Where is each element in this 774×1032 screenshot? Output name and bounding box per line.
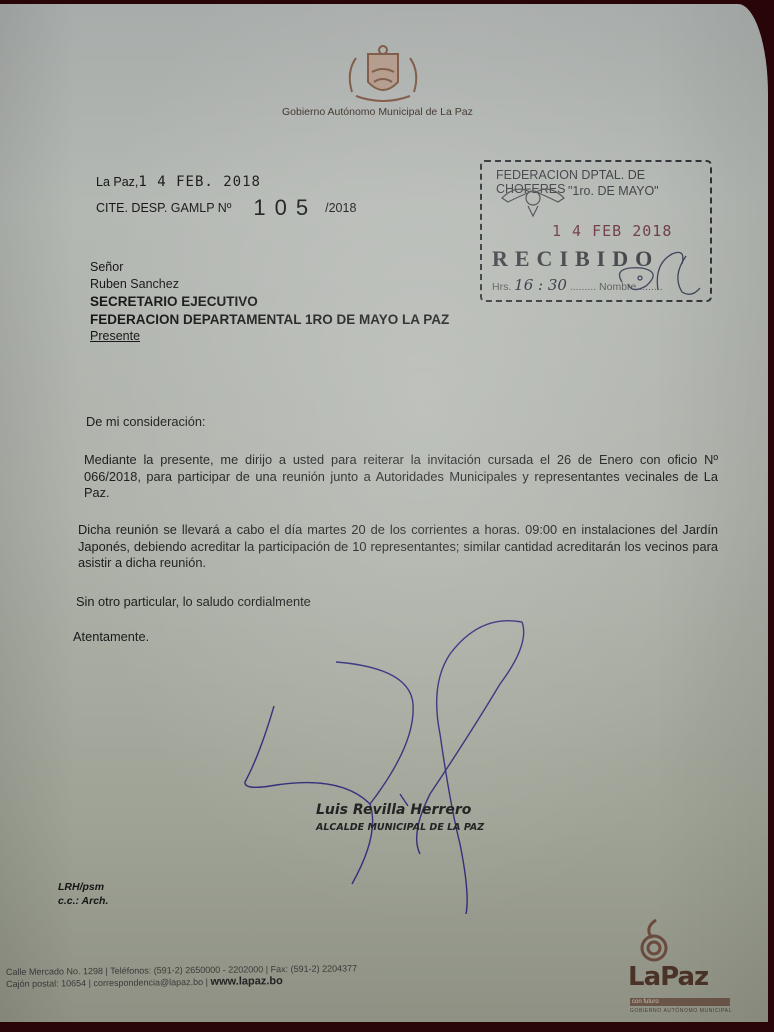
paragraph-2: Dicha reunión se llevará a cabo el día m… — [78, 522, 718, 572]
stamp-date: 1 4 FEB 2018 — [552, 222, 672, 240]
recipient-position: SECRETARIO EJECUTIVO — [90, 294, 258, 309]
date-line: La Paz,1 4 FEB. 2018 — [96, 174, 261, 190]
recipient-presente: Presente — [90, 329, 140, 343]
place: La Paz, — [96, 175, 138, 189]
initials: LRH/psm — [58, 880, 108, 894]
recipient-salutation: Señor — [90, 260, 123, 274]
references: LRH/psm c.c.: Arch. — [58, 880, 108, 908]
cite-year: /2018 — [325, 201, 356, 215]
winged-wheel-icon — [500, 178, 566, 218]
logo-band: con futuro — [630, 998, 730, 1006]
logo-subtitle: GOBIERNO AUTÓNOMO MUNICIPAL — [630, 1008, 732, 1014]
footer-postal: Cajón postal: 10654 | correspondencia@la… — [6, 977, 211, 989]
hours-label: Hrs. — [492, 281, 511, 293]
greeting: De mi consideración: — [86, 414, 728, 431]
signer-title: ALCALDE MUNICIPAL DE LA PAZ — [316, 822, 484, 833]
cite-line: CITE. DESP. GAMLP Nº105/2018 — [96, 192, 356, 218]
handwritten-signature — [230, 594, 550, 914]
hours-value: 16 : 30 — [514, 276, 567, 294]
coat-of-arms-icon — [340, 42, 426, 106]
letter-page: Gobierno Autónomo Municipal de La Paz La… — [0, 4, 768, 1022]
paragraph-1: Mediante la presente, me dirijo a usted … — [84, 452, 718, 502]
recipient-organization: FEDERACION DEPARTAMENTAL 1RO DE MAYO LA … — [90, 312, 449, 327]
logo-wordmark: LaPaz — [628, 962, 708, 992]
receiver-signature — [602, 246, 712, 300]
date-stamp: 1 4 FEB. 2018 — [138, 174, 261, 190]
recipient-name: Ruben Sanchez — [90, 277, 179, 291]
received-stamp: FEDERACION DPTAL. DE CHOFERES "1ro. DE M… — [480, 160, 712, 302]
signer-name: Luis Revilla Herrero — [316, 802, 471, 818]
footer-website: www.lapaz.bo — [210, 975, 282, 988]
cite-label: CITE. DESP. GAMLP Nº — [96, 201, 231, 215]
carbon-copy: c.c.: Arch. — [58, 894, 108, 908]
cite-number: 105 — [253, 195, 317, 220]
stamp-subtitle: "1ro. DE MAYO" — [568, 184, 659, 198]
footer-contact: Calle Mercado No. 1298 | Teléfonos: (591… — [6, 962, 357, 990]
organization-name: Gobierno Autónomo Municipal de La Paz — [282, 106, 473, 118]
